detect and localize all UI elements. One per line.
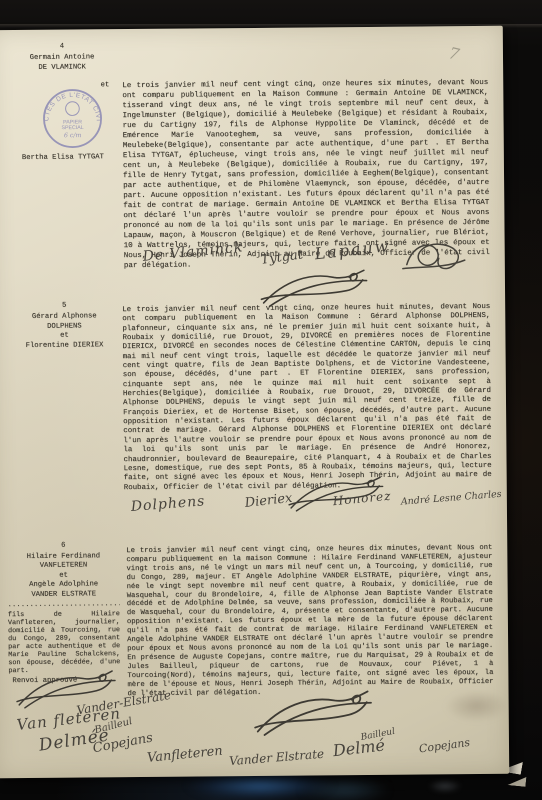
signature-vander-elstrate-2: Vander Elstrate: [229, 747, 325, 768]
underlying-page-corner: [508, 775, 527, 787]
signature-dolphens: Dolphens: [130, 493, 206, 515]
background-blur-object: [300, 778, 390, 800]
act4-number: 4: [9, 41, 115, 52]
register-page: 7 4 Germain Antoine DE VLAMINCK et Berth…: [0, 26, 509, 778]
act5-bride-name: Florentine DIERIEX: [11, 341, 117, 352]
stamp-line2: SPECIAL: [61, 125, 83, 131]
photo-background: 7 4 Germain Antoine DE VLAMINCK et Berth…: [0, 0, 542, 800]
act4-groom-surname: DE VLAMINCK: [9, 62, 115, 73]
act6-number: 6: [7, 541, 119, 551]
act4-bride-name: Bertha Elisa TYTGAT: [10, 152, 116, 163]
act5-number: 5: [11, 301, 117, 312]
stamp-arc-text: ACTES DE L'ETAT CIVIL: [41, 87, 101, 122]
revenue-stamp-icon: ACTES DE L'ETAT CIVIL PAPIER SPECIAL 6 c…: [41, 87, 104, 150]
margin-dotted-separator: ...........................: [8, 599, 120, 609]
act6-body-text: Le trois janvier mil neuf cent vingt cin…: [126, 544, 493, 699]
svg-text:ACTES DE L'ETAT CIVIL: ACTES DE L'ETAT CIVIL: [41, 87, 101, 122]
act5-body-text: Le trois janvier mil neuf cent vingt cin…: [122, 303, 492, 493]
background-glint: [428, 780, 462, 792]
signature-copejans-2: Copejans: [418, 736, 471, 756]
pencil-corner-mark: 7: [447, 43, 461, 64]
ink-smudge: [445, 690, 509, 723]
act6-margin-note: fils de Hilaire Vanfleteren, journalier,…: [8, 610, 121, 676]
signature-lesne: André Lesne Charles: [400, 489, 501, 508]
signature-verhove-scrawl: [401, 236, 471, 282]
stamp-value: 6 c/m: [64, 132, 82, 139]
signature-vanfleteren-2: Vanfleteren: [146, 744, 223, 766]
signature-dieriex: Dieriex: [244, 491, 293, 511]
act6-margin: 6 Hilaire Ferdinand VANFLETEREN et Angèl…: [7, 541, 120, 687]
act5-margin: 5 Gérard Alphonse DOLPHENS et Florentine…: [11, 301, 117, 352]
